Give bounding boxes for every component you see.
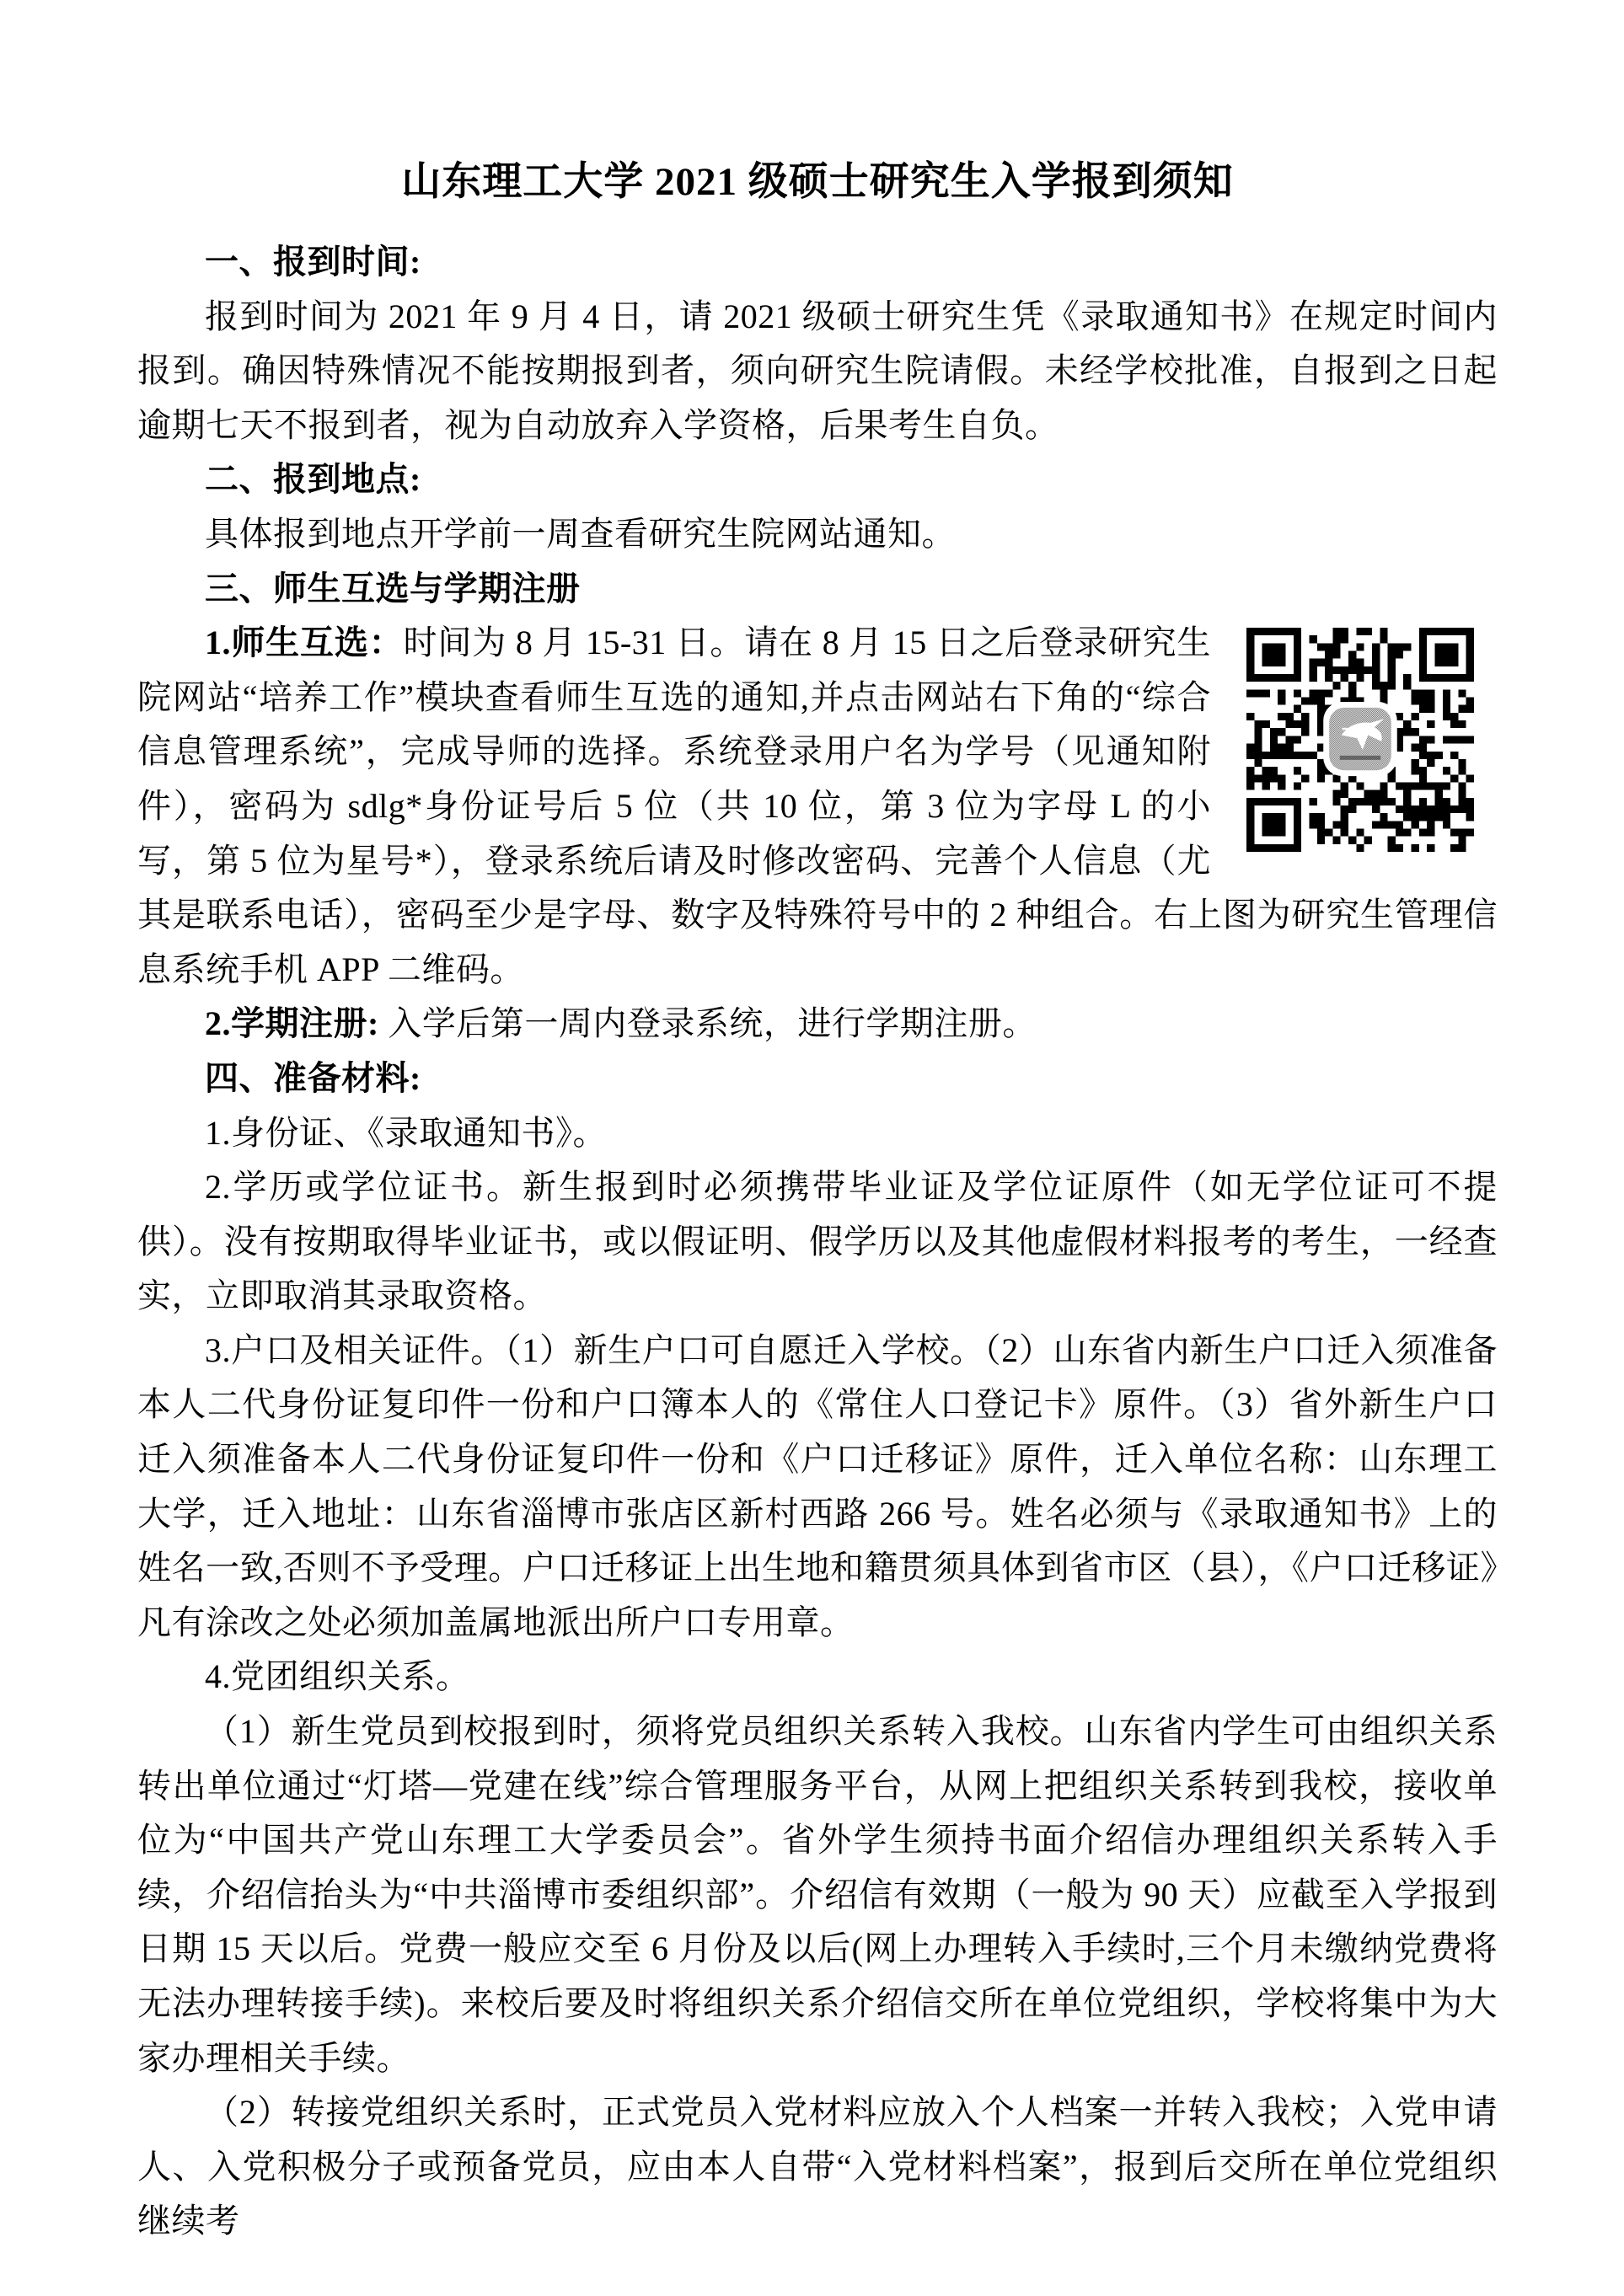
paragraph: 4.党团组织关系。 (137, 1650, 1498, 1705)
paragraph-lead: 1.师生互选： (205, 624, 404, 661)
paragraph-lead: 2.学期注册: (205, 1004, 379, 1042)
paragraph: 3.户口及相关证件。（1）新生户口可自愿迁入学校。（2）山东省内新生户口迁入须准… (137, 1324, 1498, 1651)
paragraph: 2.学历或学位证书。新生报到时必须携带毕业证及学位证原件（如无学位证可不提供）。… (137, 1160, 1498, 1324)
page-title: 山东理工大学 2021 级硕士研究生入学报到须知 (137, 157, 1498, 207)
paragraph: （1）新生党员到校报到时，须将党员组织关系转入我校。山东省内学生可由组织关系转出… (137, 1705, 1498, 2085)
section-heading: 一、报到时间: (137, 235, 1498, 290)
section-heading: 二、报到地点: (137, 452, 1498, 507)
document-page: 山东理工大学 2021 级硕士研究生入学报到须知 一、报到时间:报到时间为 20… (0, 0, 1624, 2296)
section-heading: 三、师生互选与学期注册 (137, 562, 1498, 617)
document-body: 一、报到时间:报到时间为 2021 年 9 月 4 日，请 2021 级硕士研究… (137, 235, 1498, 2249)
paragraph: 1.身份证、《录取通知书》。 (137, 1106, 1498, 1161)
qr-center-logo-bird-icon (1323, 702, 1397, 776)
qr-code (1246, 628, 1474, 852)
paragraph: （2）转接党组织关系时，正式党员入党材料应放入个人档案一并转入我校；入党申请人、… (137, 2085, 1498, 2249)
paragraph: 2.学期注册: 入学后第一周内登录系统，进行学期注册。 (137, 997, 1498, 1052)
paragraph: 具体报到地点开学前一周查看研究生院网站通知。 (137, 507, 1498, 562)
paragraph: 1.师生互选：时间为 8 月 15-31 日。请在 8 月 15 日之后登录研究… (137, 616, 1498, 997)
paragraph: 报到时间为 2021 年 9 月 4 日，请 2021 级硕士研究生凭《录取通知… (137, 290, 1498, 453)
section-heading: 四、准备材料: (137, 1052, 1498, 1106)
